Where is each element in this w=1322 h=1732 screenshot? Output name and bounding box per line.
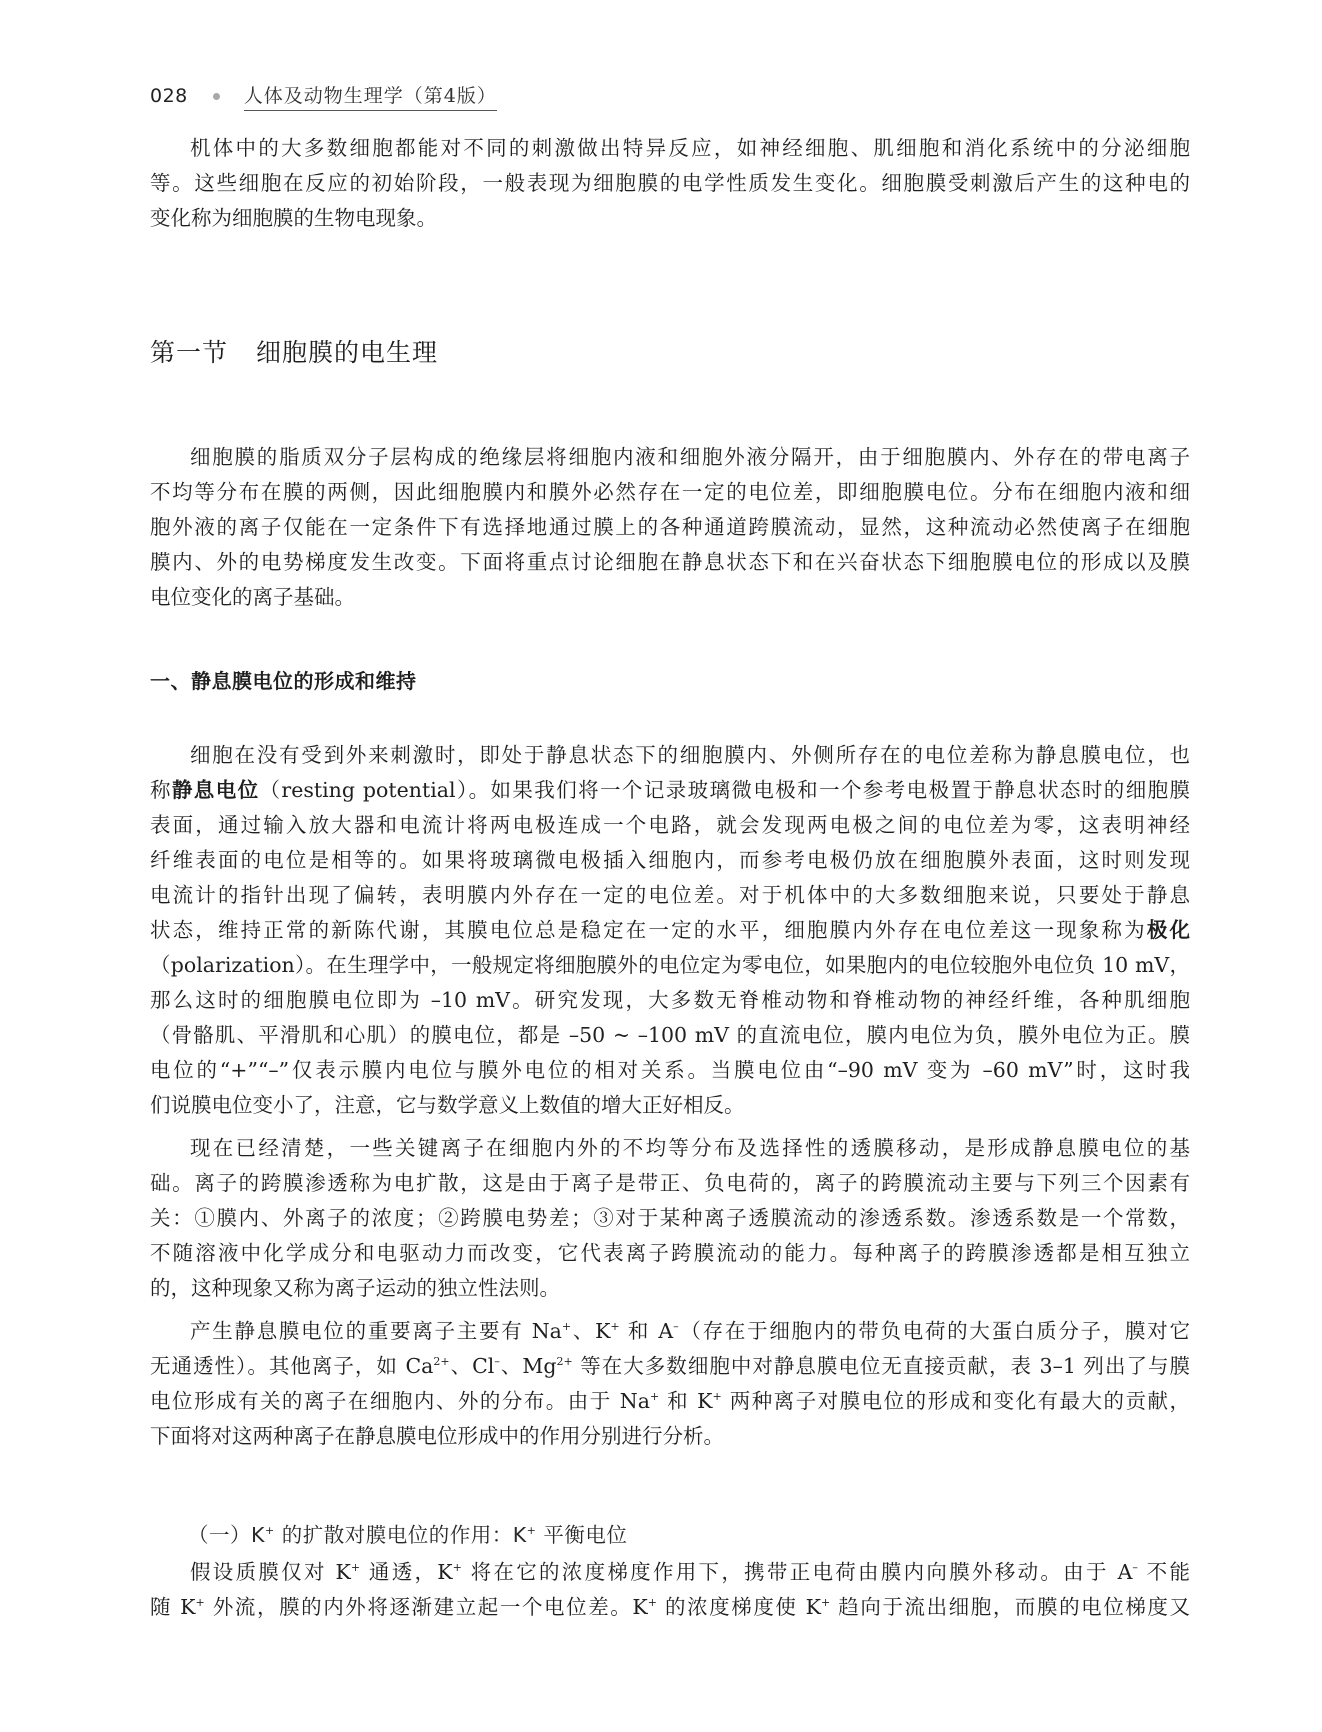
section-title: 第一节细胞膜的电生理 (150, 333, 438, 369)
para-line: 无通透性）。其他离子，如 Ca2+、Cl–、Mg2+ 等在大多数细胞中对静息膜电… (150, 1352, 1190, 1380)
page-number: 028 (150, 85, 188, 107)
para-line: 那么这时的细胞膜电位即为 –10 mV。研究发现，大多数无脊椎动物和脊椎动物的神… (150, 986, 1190, 1014)
text: 通透，K (360, 1560, 453, 1584)
text: 外流，膜的内外将逐渐建立起一个电位差。K (205, 1595, 648, 1619)
text: 的浓度梯度使 K (657, 1595, 821, 1619)
text: 和 A (620, 1319, 674, 1343)
text: 电位形成有关的离子在细胞内、外的分布。由于 Na (150, 1389, 650, 1413)
intro-line: 机体中的大多数细胞都能对不同的刺激做出特异反应，如神经细胞、肌细胞和消化系统中的… (190, 134, 1190, 162)
text: 假设质膜仅对 K (190, 1560, 351, 1584)
text: 、K (571, 1319, 610, 1343)
para-line: 电流计的指针出现了偏转，表明膜内外存在一定的电位差。对于机体中的大多数细胞来说，… (150, 881, 1190, 909)
superscript: 2+ (433, 1355, 449, 1368)
section-para-line: 电位变化的离子基础。 (150, 583, 355, 611)
subsubsection-title: （一）K+ 的扩散对膜电位的作用：K+ 平衡电位 (188, 1518, 627, 1548)
text: （resting potential）。如果我们将一个记录玻璃微电极和一个参考电… (260, 778, 1190, 802)
term-polarization: 极化 (1147, 918, 1190, 942)
superscript: + (351, 1561, 360, 1574)
para-line: （骨骼肌、平滑肌和心肌）的膜电位，都是 –50 ~ –100 mV 的直流电位，… (150, 1021, 1190, 1049)
superscript: + (648, 1596, 657, 1609)
para-line: 细胞在没有受到外来刺激时，即处于静息状态下的细胞膜内、外侧所存在的电位差称为静息… (190, 741, 1190, 769)
section-para-line: 胞外液的离子仅能在一定条件下有选择地通过膜上的各种通道跨膜流动，显然，这种流动必… (150, 513, 1190, 541)
para-line: 状态，维持正常的新陈代谢，其膜电位总是稳定在一定的水平，细胞膜内外存在电位差这一… (150, 916, 1190, 944)
intro-line: 变化称为细胞膜的生物电现象。 (150, 204, 437, 232)
text: 称 (150, 778, 172, 802)
para-line: 假设质膜仅对 K+ 通透，K+ 将在它的浓度梯度作用下，携带正电荷由膜内向膜外移… (190, 1558, 1190, 1586)
header-bullet-icon (213, 93, 220, 100)
subsection-title: 一、静息膜电位的形成和维持 (150, 665, 417, 694)
book-title: 人体及动物生理学（第4版） (244, 81, 497, 111)
text: 产生静息膜电位的重要离子主要有 Na (190, 1319, 562, 1343)
text: 状态，维持正常的新陈代谢，其膜电位总是稳定在一定的水平，细胞膜内外存在电位差这一… (150, 918, 1147, 942)
para-line: 电位的“+”“–”仅表示膜内电位与膜外电位的相对关系。当膜电位由“–90 mV … (150, 1056, 1190, 1084)
text: 不能 (1138, 1560, 1190, 1584)
text: 趋向于流出细胞，而膜的电位梯度又 (830, 1595, 1190, 1619)
section-number: 第一节 (150, 338, 228, 367)
para-line: 电位形成有关的离子在细胞内、外的分布。由于 Na+ 和 K+ 两种离子对膜电位的… (150, 1387, 1190, 1415)
section-name: 细胞膜的电生理 (256, 338, 438, 367)
text: 随 K (150, 1595, 196, 1619)
text: （一）K (188, 1523, 265, 1547)
text: 、Mg (500, 1354, 557, 1378)
text: 两种离子对膜电位的形成和变化有最大的贡献， (722, 1389, 1190, 1413)
superscript: 2+ (557, 1355, 573, 1368)
term-resting-potential: 静息电位 (172, 778, 260, 802)
para-line: 称静息电位（resting potential）。如果我们将一个记录玻璃微电极和… (150, 776, 1190, 804)
text: 和 K (659, 1389, 712, 1413)
text: 、Cl (450, 1354, 495, 1378)
superscript: + (453, 1561, 462, 1574)
superscript: + (527, 1524, 537, 1537)
para-line: 表面，通过输入放大器和电流计将两电极连成一个电路，就会发现两电极之间的电位差为零… (150, 811, 1190, 839)
section-para-line: 不均等分布在膜的两侧，因此细胞膜内和膜外必然存在一定的电位差，即细胞膜电位。分布… (150, 478, 1190, 506)
superscript: + (265, 1524, 275, 1537)
superscript: + (196, 1596, 205, 1609)
section-para-line: 膜内、外的电势梯度发生改变。下面将重点讨论细胞在静息状态下和在兴奋状态下细胞膜电… (150, 548, 1190, 576)
para-line: 现在已经清楚，一些关键离子在细胞内外的不均等分布及选择性的透膜移动，是形成静息膜… (190, 1134, 1190, 1162)
para-line: 纤维表面的电位是相等的。如果将玻璃微电极插入细胞内，而参考电极仍放在细胞膜外表面… (150, 846, 1190, 874)
para-line: 产生静息膜电位的重要离子主要有 Na+、K+ 和 A–（存在于细胞内的带负电荷的… (190, 1317, 1190, 1345)
text: 将在它的浓度梯度作用下，携带正电荷由膜内向膜外移动。由于 A (462, 1560, 1133, 1584)
running-header: 028 人体及动物生理学（第4版） (150, 82, 497, 110)
superscript: + (650, 1390, 659, 1403)
superscript: + (610, 1320, 619, 1333)
para-line: 关：①膜内、外离子的浓度；②跨膜电势差；③对于某种离子透膜流动的渗透系数。渗透系… (150, 1204, 1190, 1232)
para-line: 随 K+ 外流，膜的内外将逐渐建立起一个电位差。K+ 的浓度梯度使 K+ 趋向于… (150, 1593, 1190, 1621)
intro-line: 等。这些细胞在反应的初始阶段，一般表现为细胞膜的电学性质发生变化。细胞膜受刺激后… (150, 169, 1190, 197)
superscript: + (562, 1320, 571, 1333)
para-line: 础。离子的跨膜渗透称为电扩散，这是由于离子是带正、负电荷的，离子的跨膜流动主要与… (150, 1169, 1190, 1197)
text: 平衡电位 (536, 1523, 627, 1547)
superscript: + (712, 1390, 721, 1403)
para-line: 下面将对这两种离子在静息膜电位形成中的作用分别进行分析。 (150, 1422, 724, 1450)
para-line: （polarization）。在生理学中，一般规定将细胞膜外的电位定为零电位，如… (150, 951, 1190, 979)
para-line: 们说膜电位变小了，注意，它与数学意义上数值的增大正好相反。 (150, 1091, 745, 1119)
text: （存在于细胞内的带负电荷的大蛋白质分子，膜对它 (679, 1319, 1190, 1343)
text: 等在大多数细胞中对静息膜电位无直接贡献，表 3–1 列出了与膜 (573, 1354, 1190, 1378)
section-para-line: 细胞膜的脂质双分子层构成的绝缘层将细胞内液和细胞外液分隔开，由于细胞膜内、外存在… (190, 443, 1190, 471)
text: 的扩散对膜电位的作用：K (275, 1523, 527, 1547)
superscript: + (821, 1596, 830, 1609)
para-line: 不随溶液中化学成分和电驱动力而改变，它代表离子跨膜流动的能力。每种离子的跨膜渗透… (150, 1239, 1190, 1267)
text: 无通透性）。其他离子，如 Ca (150, 1354, 433, 1378)
para-line: 的，这种现象又称为离子运动的独立性法则。 (150, 1274, 560, 1302)
